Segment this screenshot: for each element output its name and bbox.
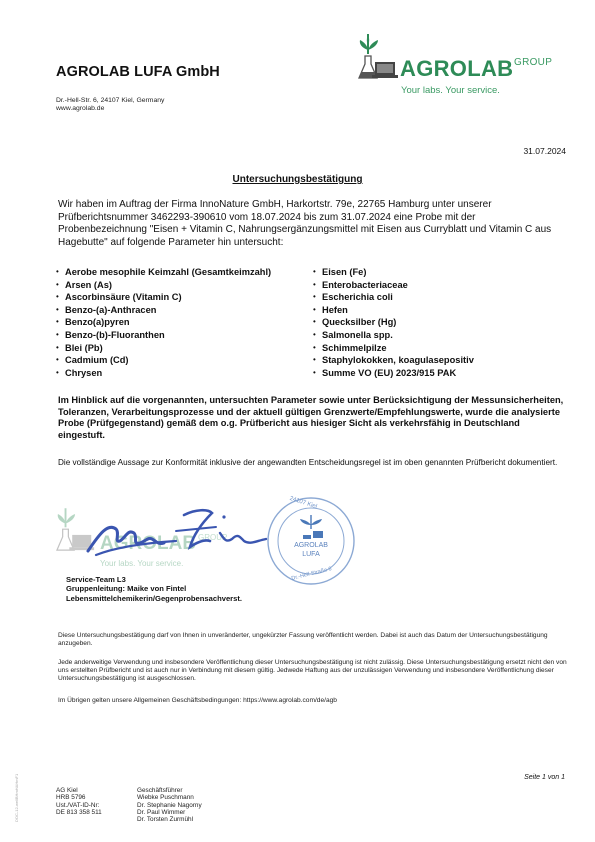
title-text: Untersuchungsbestätigung: [232, 174, 362, 185]
logo-tagline: Your labs. Your service.: [401, 85, 500, 96]
group-lead: Gruppenleitung: Maike von Fintel: [66, 584, 242, 593]
parameter-item: Cadmium (Cd): [56, 354, 271, 367]
disclaimer-usage: Jede anderweitige Verwendung und insbeso…: [58, 659, 568, 684]
intro-paragraph: Wir haben im Auftrag der Firma InnoNatur…: [58, 199, 563, 249]
disclaimer-terms: Im Übrigen gelten unsere Allgemeinen Ges…: [58, 697, 568, 705]
website: www.agrolab.de: [56, 105, 164, 113]
parameter-list-left: Aerobe mesophile Keimzahl (Gesamtkeimzah…: [56, 266, 271, 379]
footer-management: GeschäftsführerWiebke PuschmannDr. Steph…: [137, 787, 202, 823]
parameter-item: Blei (Pb): [56, 342, 271, 355]
footer-line: Ust./VAT-ID-Nr:: [56, 802, 102, 809]
stamp-line1: AGROLAB: [261, 542, 361, 549]
parameter-item: Enterobacteriaceae: [313, 279, 474, 292]
address-line: Dr.-Hell-Str. 6, 24107 Kiel, Germany: [56, 97, 164, 105]
company-stamp: 24107 Kiel AGROLAB LUFA Dr.-Hell-Straße …: [261, 495, 361, 587]
logo-group-label: GROUP: [514, 57, 552, 68]
parameter-item: Staphylokokken, koagulasepositiv: [313, 354, 474, 367]
footer-line: Wiebke Puschmann: [137, 794, 202, 801]
footer-line: AG Kiel: [56, 787, 102, 794]
parameter-item: Aerobe mesophile Keimzahl (Gesamtkeimzah…: [56, 266, 271, 279]
footer-line: DE 813 358 511: [56, 809, 102, 816]
parameter-item: Benzo(a)pyren: [56, 316, 271, 329]
parameter-item: Summe VO (EU) 2023/915 PAK: [313, 367, 474, 380]
agrolab-logo: AGROLAB GROUP Your labs. Your service.: [358, 32, 568, 102]
signatory-role: Lebensmittelchemikerin/Gegenprobensachve…: [66, 594, 242, 603]
verdict-paragraph: Im Hinblick auf die vorgenannten, unters…: [58, 395, 568, 441]
service-team: Service-Team L3: [66, 575, 242, 584]
footer-registry: AG KielHRB 5796Ust./VAT-ID-Nr:DE 813 358…: [56, 787, 102, 816]
parameter-item: Chrysen: [56, 367, 271, 380]
company-name: AGROLAB LUFA GmbH: [56, 64, 220, 80]
parameter-list-right: Eisen (Fe)EnterobacteriaceaeEscherichia …: [313, 266, 474, 379]
disclaimer-publication: Diese Untersuchungsbestätigung darf von …: [58, 632, 568, 648]
parameter-item: Schimmelpilze: [313, 342, 474, 355]
stamp-line2: LUFA: [261, 551, 361, 558]
footer-line: Dr. Stephanie Nagorny: [137, 802, 202, 809]
company-address: Dr.-Hell-Str. 6, 24107 Kiel, Germany www…: [56, 97, 164, 113]
parameter-item: Hefen: [313, 304, 474, 317]
page-title: Untersuchungsbestätigung: [0, 174, 595, 185]
parameter-item: Escherichia coli: [313, 291, 474, 304]
parameter-item: Arsen (As): [56, 279, 271, 292]
parameter-item: Salmonella spp.: [313, 329, 474, 342]
footer-line: Dr. Torsten Zurmühl: [137, 816, 202, 823]
footer-line: Geschäftsführer: [137, 787, 202, 794]
parameter-item: Ascorbinsäure (Vitamin C): [56, 291, 271, 304]
document-date: 31.07.2024: [523, 146, 566, 156]
signatory-block: Service-Team L3 Gruppenleitung: Maike vo…: [66, 575, 242, 603]
parameter-item: Benzo-(a)-Anthracen: [56, 304, 271, 317]
footer-line: HRB 5796: [56, 794, 102, 801]
document-code: DOC-12-wellBHmHAHmF1: [14, 774, 19, 822]
parameter-item: Eisen (Fe): [313, 266, 474, 279]
logo-wordmark: AGROLAB: [400, 56, 513, 82]
footer-line: Dr. Paul Wimmer: [137, 809, 202, 816]
parameter-item: Quecksilber (Hg): [313, 316, 474, 329]
page-indicator: Seite 1 von 1: [524, 774, 565, 781]
conformity-paragraph: Die vollständige Aussage zur Konformität…: [58, 458, 568, 468]
parameter-item: Benzo-(b)-Fluoranthen: [56, 329, 271, 342]
plant-flask-laptop-icon: [358, 32, 400, 88]
